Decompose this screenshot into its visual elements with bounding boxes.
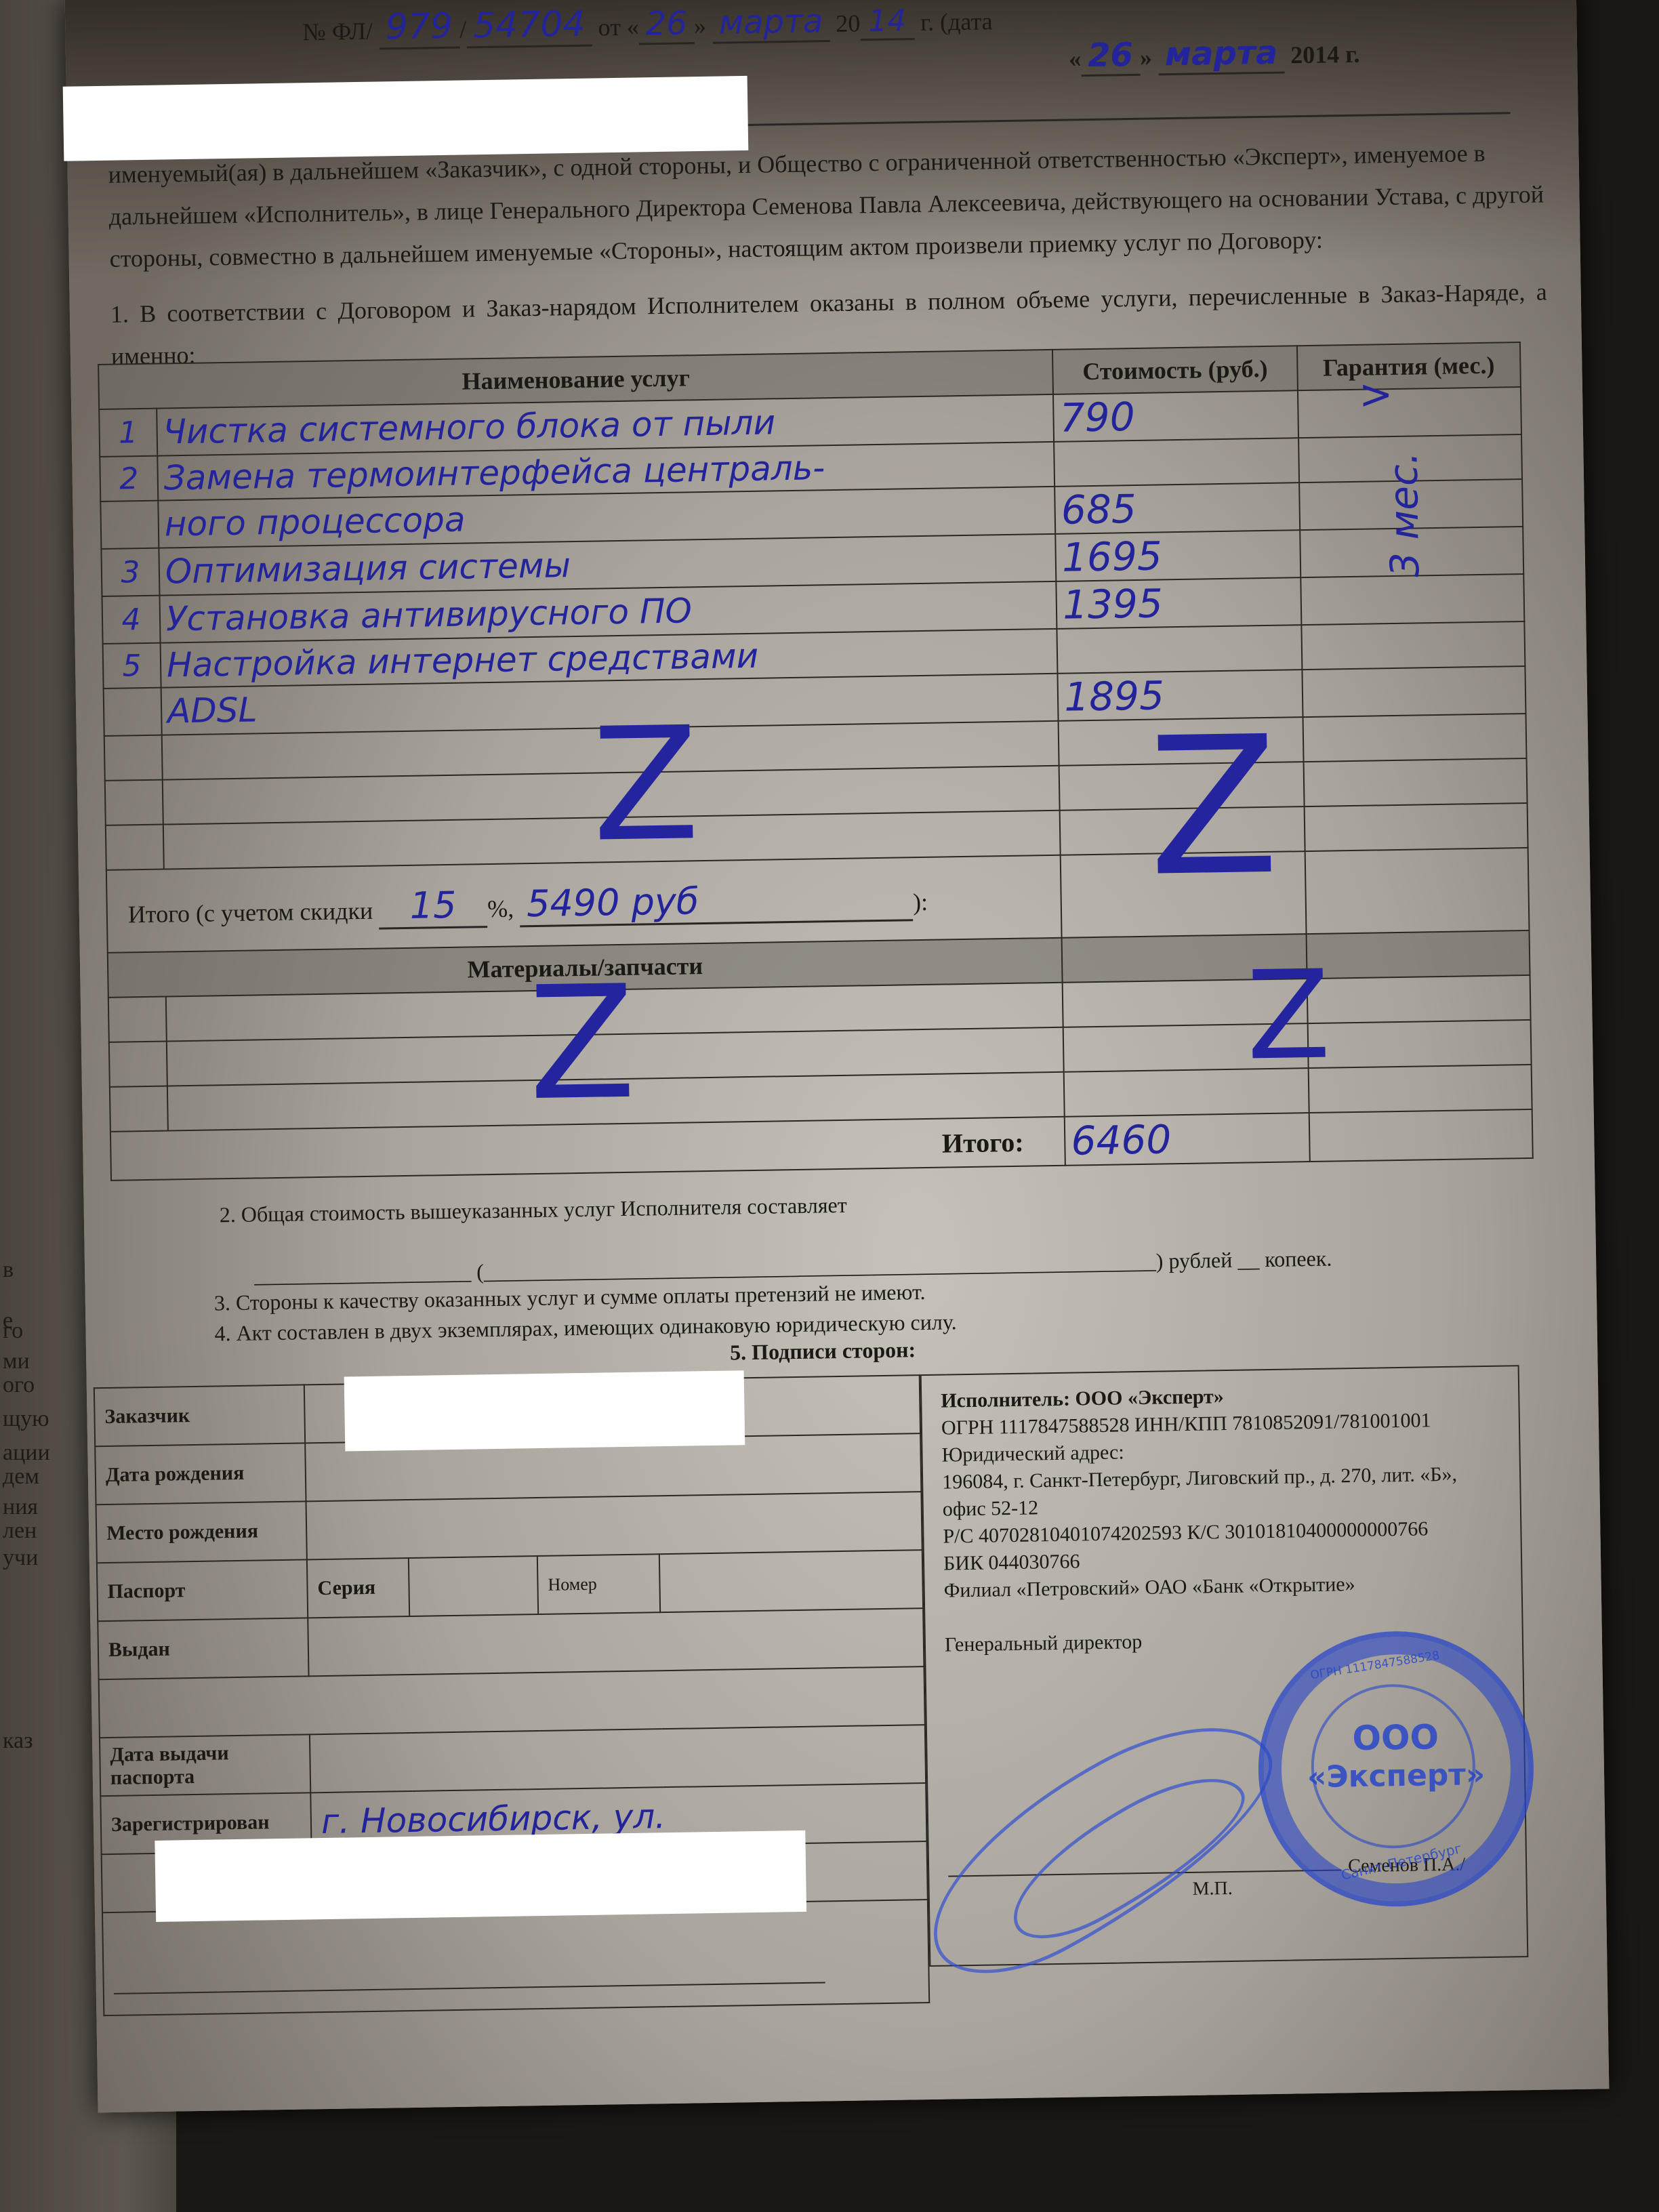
act-day: 26 — [1081, 36, 1141, 77]
row-number — [105, 780, 163, 825]
act-document: № ФЛ/ 979/54704 от «26» марта 2014 г. (д… — [65, 0, 1610, 2112]
materials-strike-mark: Z — [527, 966, 636, 1123]
stamp-line-1: ООО — [1263, 1716, 1528, 1759]
act-year: 2014 г. — [1290, 41, 1360, 69]
row-number — [110, 1086, 168, 1132]
service-warranty — [1307, 1020, 1531, 1068]
row-number — [100, 501, 159, 549]
order-year-prefix: 20 — [836, 9, 861, 37]
underlying-text-fragment: щую — [3, 1406, 49, 1432]
order-year-suffix: 14 — [860, 3, 915, 41]
service-cost — [1057, 625, 1302, 674]
stamp-line-2: «Эксперт» — [1264, 1757, 1529, 1795]
blank-cost-strike-mark: Z — [1147, 712, 1279, 903]
label-birth-place: Место рождения — [96, 1501, 307, 1563]
row-number: 1 — [99, 409, 157, 457]
service-cost: 790 — [1053, 390, 1298, 442]
label-passport: Паспорт — [97, 1559, 308, 1621]
redacted-customer-field — [344, 1370, 745, 1451]
order-part1: 979 — [378, 6, 459, 50]
birth-place-field[interactable] — [306, 1492, 922, 1559]
clause-5: 5. Подписи сторон: — [730, 1337, 916, 1365]
discount-percent: 15 — [379, 883, 488, 930]
col-header-cost: Стоимость (руб.) — [1052, 346, 1297, 394]
service-warranty — [1308, 1065, 1532, 1113]
discount-total: 5490 руб — [520, 876, 914, 927]
order-part2: 54704 — [466, 3, 592, 48]
materials-cost-strike-mark: Z — [1246, 955, 1331, 1078]
service-warranty — [1303, 714, 1526, 762]
label-number: Номер — [537, 1554, 660, 1614]
underlying-text-fragment: лен — [3, 1518, 37, 1544]
service-cost: 1695 — [1056, 530, 1300, 581]
service-warranty — [1303, 758, 1527, 806]
service-warranty — [1302, 666, 1525, 717]
underlying-text-fragment: в — [3, 1257, 14, 1283]
order-month: марта — [712, 2, 829, 44]
series-field[interactable] — [409, 1556, 538, 1616]
row-number — [106, 825, 164, 870]
executor-block: Исполнитель: ООО «Эксперт» ОГРН 11178475… — [941, 1380, 1460, 1659]
order-prefix: № ФЛ/ — [302, 18, 373, 46]
label-issued-by: Выдан — [98, 1618, 308, 1679]
issued-by-field[interactable] — [308, 1608, 924, 1676]
order-number-line: № ФЛ/ 979/54704 от «26» марта 2014 г. (д… — [302, 0, 993, 51]
blank-rows-strike-mark: Z — [591, 707, 700, 864]
service-cost: 685 — [1054, 483, 1299, 534]
act-date: «26» марта 2014 г. — [1069, 33, 1360, 77]
service-warranty — [1301, 621, 1525, 670]
service-warranty — [1307, 975, 1530, 1023]
order-day: 26 — [638, 4, 694, 45]
label-series: Серия — [307, 1558, 409, 1618]
row-number — [104, 688, 162, 736]
warranty-dash-mark: > — [1359, 371, 1393, 419]
row-number — [104, 735, 163, 781]
number-field[interactable] — [659, 1550, 923, 1612]
grand-total-value: 6460 — [1065, 1113, 1309, 1166]
service-warranty — [1298, 387, 1521, 438]
row-number — [109, 1042, 167, 1087]
underlying-text-fragment: ого — [3, 1372, 35, 1398]
row-number: 3 — [101, 548, 159, 596]
underlying-text-fragment: дем — [3, 1464, 39, 1490]
row-number: 5 — [103, 643, 161, 689]
discount-sep: %, — [487, 895, 514, 922]
issue-date-field[interactable] — [310, 1725, 926, 1793]
row-number: 2 — [100, 456, 158, 501]
underlying-text-fragment: каз — [3, 1728, 33, 1754]
service-warranty — [1304, 803, 1528, 851]
discount-close: ): — [913, 888, 928, 916]
row-number: 4 — [102, 596, 160, 644]
underlying-text-fragment: ации — [3, 1440, 50, 1466]
preamble: именуемый(ая) в дальнейшем «Заказчик», с… — [108, 131, 1548, 377]
label-birth-date: Дата рождения — [95, 1443, 306, 1504]
underlying-text-fragment: го — [3, 1318, 23, 1344]
seal-label: М.П. — [1192, 1878, 1233, 1900]
service-cost: 1395 — [1057, 577, 1301, 629]
act-month: марта — [1158, 33, 1284, 75]
order-from-label: от « — [598, 13, 639, 41]
col-header-warranty: Гарантия (мес.) — [1297, 342, 1521, 390]
order-tail: г. (дата — [920, 7, 993, 36]
stamp-ogrn-ring: ОГРН 1117847588528 — [1309, 1649, 1441, 1683]
underlying-text-fragment: ния — [3, 1494, 38, 1520]
label-customer: Заказчик — [94, 1385, 305, 1446]
row-number — [108, 997, 167, 1042]
discount-label: Итого (с учетом скидки — [128, 897, 373, 928]
underlying-text-fragment: ми — [3, 1349, 30, 1374]
label-issue-date: Дата выдачи паспорта — [100, 1734, 310, 1796]
service-cost — [1054, 438, 1298, 487]
redacted-registered-address — [155, 1830, 806, 1922]
clause-2: 2. Общая стоимость вышеуказанных услуг И… — [220, 1193, 847, 1228]
service-warranty — [1300, 574, 1524, 625]
underlying-text-fragment: учи — [3, 1545, 38, 1571]
redacted-customer-name — [63, 76, 749, 161]
warranty-note: 3 мес. — [1380, 451, 1428, 577]
